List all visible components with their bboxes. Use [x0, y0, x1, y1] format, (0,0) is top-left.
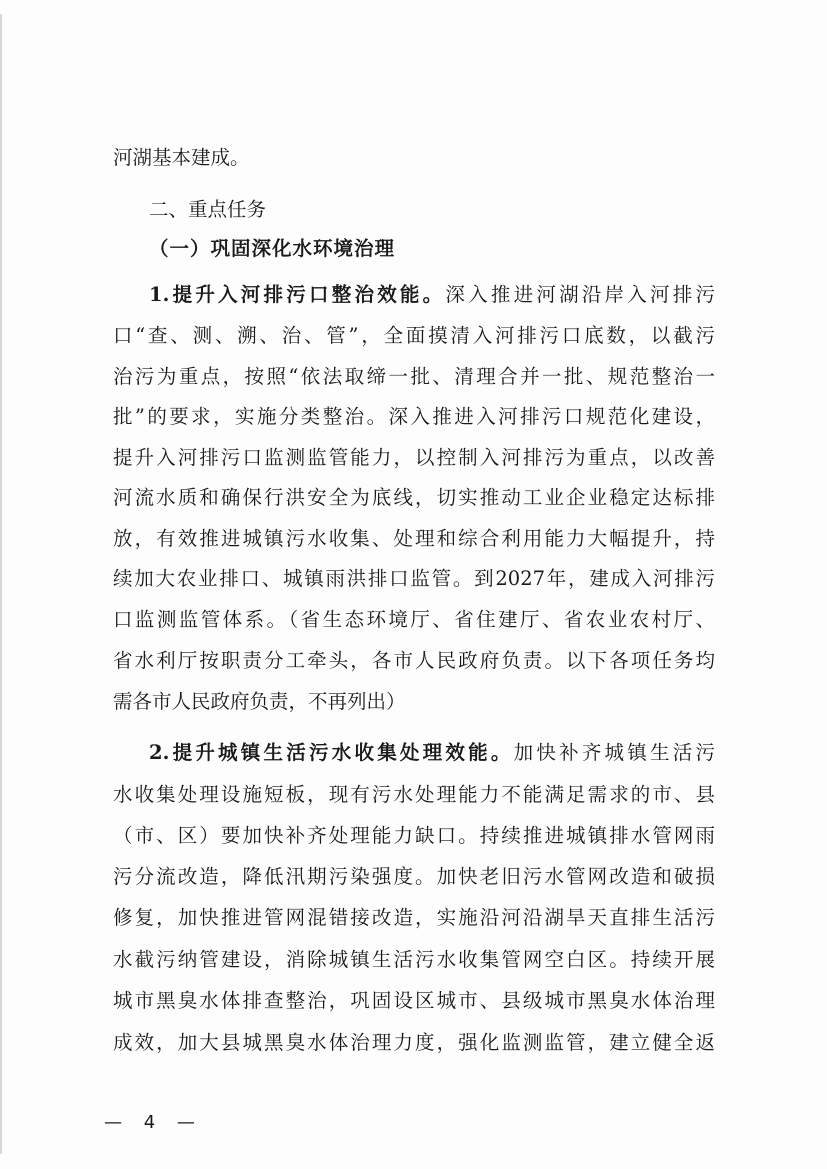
item-2-line-7: 成效，加大县城黑臭水体治理力度，强化监测监管，建立健全返 [113, 1030, 715, 1056]
item-2-line-3: 污分流改造，降低汛期污染强度。加快老旧污水管网改造和破损 [113, 864, 715, 890]
scan-page-edge [0, 14, 2, 1154]
item-2-line-4: 修复，加快推进管网混错接改造，实施沿河沿湖旱天直排生活污 [113, 905, 715, 931]
item-1-line-1: 口“查、测、溯、治、管”，全面摸清入河排污口底数，以截污 [113, 323, 715, 349]
item-2-line-6: 城市黑臭水体排查整治，巩固设区城市、县级城市黑臭水体治理 [113, 988, 715, 1014]
section-heading: 二、重点任务 [149, 197, 266, 223]
item-2-lead: 2.提升城镇生活污水收集处理效能。 [149, 741, 514, 764]
item-1-lead: 1.提升入河排污口整治效能。 [149, 283, 445, 306]
item-2-line-0: 加快补齐城镇生活污 [514, 741, 715, 764]
item-2-line-1: 水收集处理设施短板，现有污水处理能力不能满足需求的市、县 [113, 782, 715, 808]
item-1-line-5: 河流水质和确保行洪安全为底线，切实推动工业企业稳定达标排 [113, 485, 715, 511]
item-1-line-7: 续加大农业排口、城镇雨洪排口监管。到2027年，建成入河排污 [113, 566, 715, 592]
page-number: — 4 — [104, 1111, 203, 1135]
item-1-line-3: 批”的要求，实施分类整治。深入推进入河排污口规范化建设， [113, 404, 715, 430]
item-2-line-5: 水截污纳管建设，消除城镇生活污水收集管网空白区。持续开展 [113, 947, 715, 973]
item-1-first-line: 1.提升入河排污口整治效能。深入推进河湖沿岸入河排污 [149, 282, 715, 308]
item-2-line-2: （市、区）要加快补齐处理能力缺口。持续推进城镇排水管网雨 [113, 823, 715, 849]
item-2-first-line: 2.提升城镇生活污水收集处理效能。加快补齐城镇生活污 [149, 740, 715, 766]
item-1-line-10: 需各市人民政府负责，不再列出） [113, 689, 715, 715]
item-1-line-9: 省水利厅按职责分工牵头，各市人民政府负责。以下各项任务均 [113, 648, 715, 674]
item-1-line-0: 深入推进河湖沿岸入河排污 [445, 283, 715, 306]
item-1-line-8: 口监测监管体系。（省生态环境厅、省住建厅、省农业农村厅、 [113, 607, 715, 633]
subsection-heading: （一）巩固深化水环境治理 [149, 236, 395, 262]
item-1-line-2: 治污为重点，按照“依法取缔一批、清理合并一批、规范整治一 [113, 364, 715, 390]
item-1-line-6: 放，有效推进城镇污水收集、处理和综合利用能力大幅提升，持 [113, 526, 715, 552]
item-1-line-4: 提升入河排污口监测监管能力，以控制入河排污为重点，以改善 [113, 445, 715, 471]
paragraph-line-opening: 河湖基本建成。 [113, 145, 715, 171]
